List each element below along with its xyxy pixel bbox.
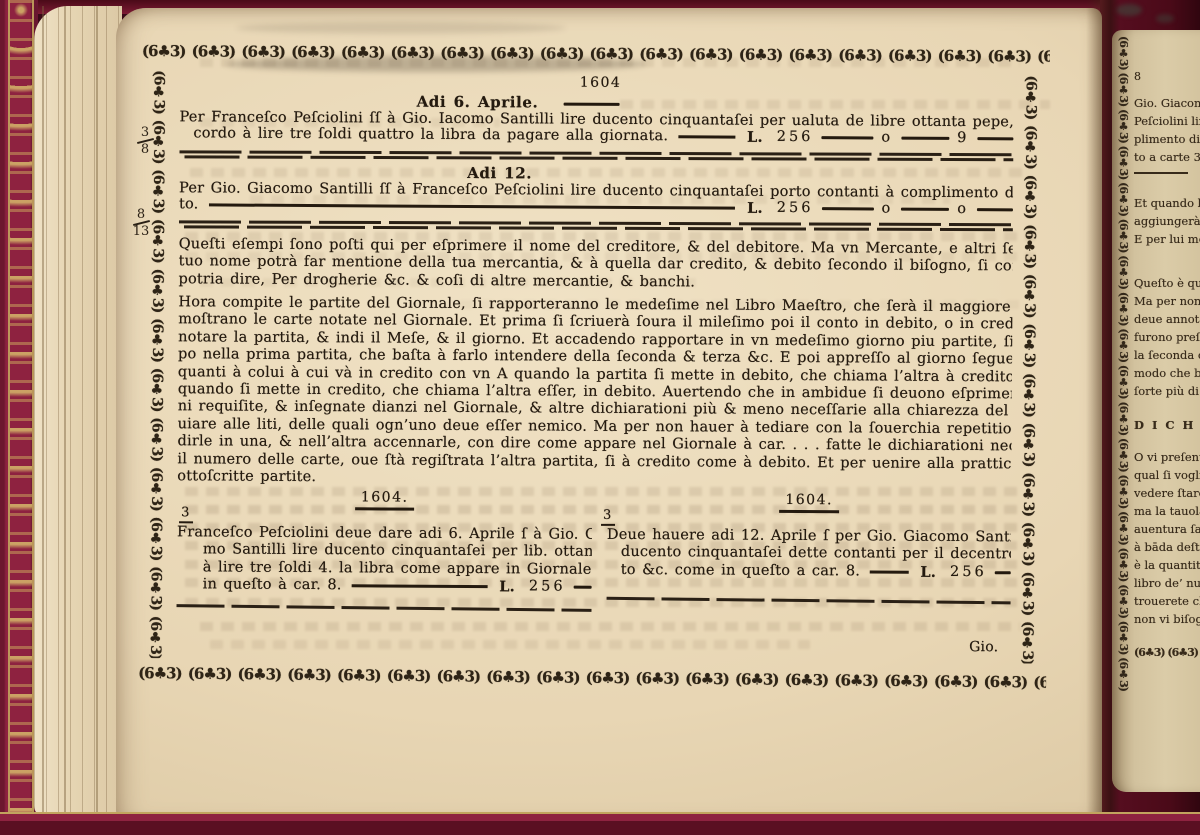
ink-smudge: [236, 22, 566, 34]
entry2-date-heading: Adi 12.: [467, 165, 532, 183]
ledger-right-entry: Deue hauere adi 12. Aprile ſ per Gio. Gi…: [607, 527, 1011, 582]
text-line: modo che biſognerà :: [1134, 364, 1200, 382]
currency-symbol: L.: [920, 564, 936, 582]
year-header: 1604: [580, 75, 622, 93]
text-line: E per lui medeſim: [1134, 230, 1200, 248]
amount-soldi: o: [881, 130, 893, 147]
amount-denari: 9: [957, 130, 969, 147]
ledger-left-value-line: in queſto à car. 8. L. 256: [177, 576, 592, 596]
amount-lire: 256: [529, 579, 566, 597]
next-page-folio: 8: [1134, 68, 1200, 86]
rule-segment: [901, 137, 949, 140]
rule-segment: [821, 136, 873, 139]
rule-segment: [977, 208, 1013, 211]
next-page-rule: [1134, 172, 1188, 174]
ledger-right-folio: 3: [601, 507, 616, 526]
currency-symbol: L.: [499, 578, 515, 596]
binding-left-cover: [0, 0, 38, 835]
fleuron-border-right: (6♣3) (6♣3) (6♣3) (6♣3) (6♣3) (6♣3) (6♣3…: [1012, 75, 1046, 663]
book-photograph: 3 8 8 13 (6♣3) (6♣3) (6♣3) (6♣3) (6♣3) (…: [0, 0, 1200, 835]
ornamental-frame: (6♣3) (6♣3) (6♣3) (6♣3) (6♣3) (6♣3) (6♣3…: [138, 36, 1050, 698]
rule-segment: [870, 570, 908, 573]
rule-segment: [995, 571, 1011, 574]
next-page-text: 8 Gio. Giacomo SantilPeſciolini lire duc…: [1134, 30, 1200, 662]
text-line: auentura ſauere, b: [1134, 520, 1200, 538]
ledger-line: to &c. come in queſto a car. 8.: [621, 562, 860, 581]
rule-segment: [977, 137, 1013, 140]
text-line: ma la tauola. Ma pri: [1134, 502, 1200, 520]
double-rule-separator: [179, 220, 1013, 231]
fleuron-border-top: (6♣3) (6♣3) (6♣3) (6♣3) (6♣3) (6♣3) (6♣3…: [142, 36, 1050, 74]
text-line: Peſciolini lire duce: [1134, 112, 1200, 130]
text-line: aggiungerà all’incon: [1134, 212, 1200, 230]
journal-entry2-line2: to.: [179, 196, 199, 214]
text-line: Ma per non tralaſciar: [1134, 292, 1200, 310]
text-line: trouerete che in tutt: [1134, 592, 1200, 610]
currency-symbol: L.: [747, 200, 763, 218]
text-line: Queſto è quanto p: [1134, 274, 1200, 292]
text-line: deue annotare il luo: [1134, 310, 1200, 328]
text-line: to a carte 3.: [1134, 148, 1200, 166]
ledger-left-bottom-rule: [176, 603, 591, 613]
text-line: qual ſi voglia cōto d: [1134, 466, 1200, 484]
text-line: non vi biſogna. ingegn: [1134, 610, 1200, 628]
fleuron-border-left: (6♣3) (6♣3) (6♣3) (6♣3) (6♣3) (6♣3) (6♣3…: [140, 70, 174, 658]
next-page-heading: D I C H I A R: [1134, 416, 1200, 434]
page-edges-stack: [34, 6, 122, 816]
gold-tooling-border: [8, 0, 34, 835]
text-line: Et quando biſogna: [1134, 194, 1200, 212]
rule-segment: [821, 207, 873, 210]
ledger-left-year: 1604.: [177, 488, 592, 512]
binding-bottom-edge: [0, 812, 1200, 835]
text-line: è la quantità della r: [1134, 556, 1200, 574]
text-line: ſorte più di quello, c: [1134, 382, 1200, 400]
right-page-sliver: (6♣3) (6♣3) (6♣3) (6♣3) (6♣3) (6♣3) (6♣3…: [1112, 30, 1200, 792]
ledger-right-year: 1604.: [607, 491, 1011, 515]
fleuron-border-bottom: (6♣3) (6♣3) (6♣3) (6♣3) (6♣3) (6♣3) (6♣3…: [138, 658, 1046, 700]
fleuron-border-next-page: (6♣3) (6♣3) (6♣3) (6♣3) (6♣3) (6♣3) (6♣3…: [1118, 36, 1132, 736]
next-page-paragraph: O vi preſento, cortequal ſi voglia cōto …: [1134, 448, 1200, 628]
ledger-line: mo Santilli lire ducento cinquantaſei pe…: [177, 542, 592, 562]
left-page: 3 8 8 13 (6♣3) (6♣3) (6♣3) (6♣3) (6♣3) (…: [116, 8, 1102, 818]
text-line: plimento di ſuo deb: [1134, 130, 1200, 148]
fleuron-border-next-page-bottom: (6♣3) (6♣3) (6♣3): [1134, 644, 1200, 662]
marbling-fleck: [1156, 14, 1174, 23]
journal-entry1-value-line: cordo à lire tre ſoldi quattro la libra …: [193, 125, 1013, 147]
amount-lire: 256: [777, 129, 814, 147]
body-paragraph-2: Hora compite le partite del Giornale, ſi…: [177, 294, 1012, 491]
rule-segment: [574, 586, 592, 589]
journal-entry2-value-line: to. L. 256 o o: [179, 196, 1013, 219]
amount-soldi: o: [881, 201, 893, 218]
rule-segment: [678, 135, 735, 138]
ledger-right-bottom-rule: [607, 596, 1011, 606]
amount-lire: 256: [950, 564, 987, 582]
rule-segment: [901, 208, 949, 211]
next-page-paragraph: Queſto è quanto pMa per non tralaſciarde…: [1134, 274, 1200, 400]
entry1-date-heading: Adi 6. Aprile.: [417, 94, 539, 112]
currency-symbol: L.: [747, 129, 763, 147]
ledger-left-entry: Franceſco Peſciolini deue dare adi 6. Ap…: [177, 524, 592, 596]
text-line: O vi preſento, corte: [1134, 448, 1200, 466]
amount-lire: 256: [777, 200, 814, 218]
text-line: Gio. Giacomo Santil: [1134, 94, 1200, 112]
text-line: la ſeconda con la: [1134, 346, 1200, 364]
next-page-paragraph: Et quando biſognaaggiungerà all’inconE p…: [1134, 194, 1200, 248]
amount-denari: o: [957, 201, 969, 218]
ledger-right-value-line: to &c. come in queſto a car. 8. L. 256: [607, 562, 1011, 582]
rule-segment: [352, 585, 488, 589]
catchword: Gio.: [969, 639, 998, 657]
text-line: furono preſenti. Preſ: [1134, 328, 1200, 346]
text-line: libro de’ numeri pro: [1134, 574, 1200, 592]
body-paragraph-1: Queſti eſempi ſono poſti qui per eſprime…: [178, 236, 1012, 293]
rule-segment: [208, 204, 735, 210]
double-rule-separator: [179, 150, 1013, 161]
ledger-left-folio: 3: [179, 504, 194, 523]
printed-text-block: 1604 Adi 6. Aprile. Per Franceſco Peſcio…: [176, 72, 1014, 661]
next-page-paragraph: Gio. Giacomo SantilPeſciolini lire ducep…: [1134, 94, 1200, 166]
text-line: à bāda deſtra il n: [1134, 538, 1200, 556]
ledger-line: in queſto à car. 8.: [203, 577, 342, 595]
text-line: vedere ſtare nella: [1134, 484, 1200, 502]
journal-entry1-line2: cordo à lire tre ſoldi quattro la libra …: [193, 125, 668, 145]
rule-segment: [564, 103, 620, 106]
